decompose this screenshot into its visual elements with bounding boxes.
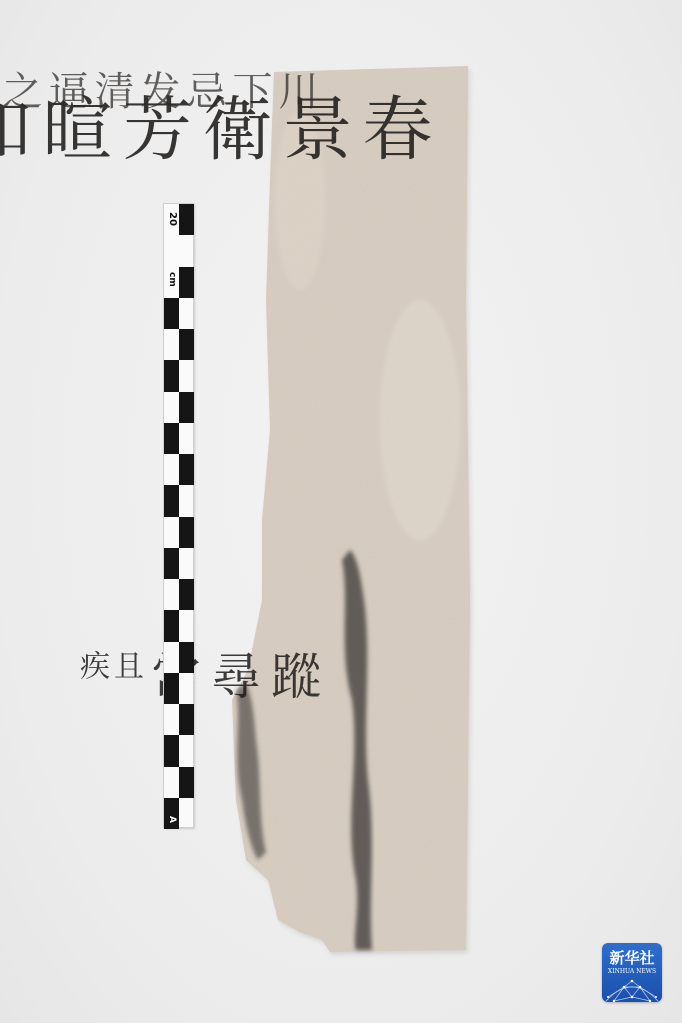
char: 清 (88, 70, 134, 110)
xinhua-logo: 新华社 XINHUA NEWS (602, 943, 662, 1002)
char: 逼 (42, 70, 88, 110)
char: 发 (134, 70, 180, 110)
scale-unit-label: cm (165, 268, 179, 290)
char: 春 (352, 92, 432, 162)
lower-text-column: 蹤 尋 常 且 疾 (262, 650, 322, 700)
scale-number-label: 20 (165, 207, 179, 231)
char: 且 (108, 650, 142, 700)
char: 川 (272, 70, 318, 110)
scale-column-left (164, 204, 179, 827)
manuscript-fragment: 春 景 衛 芳 暄 和 未 盡 不 委 玉 川 下 忌 发 清 逼 之 乚 蹤 … (0, 0, 682, 1023)
photo-scene: 春 景 衛 芳 暄 和 未 盡 不 委 玉 川 下 忌 发 清 逼 之 乚 蹤 … (0, 0, 682, 1023)
char: 下 (226, 70, 272, 110)
scale-bar: 20 cm A (163, 203, 194, 828)
char: 忌 (180, 70, 226, 110)
partial-text-column: 川 下 忌 发 清 逼 之 乚 (268, 70, 318, 110)
char: 尋 (202, 650, 262, 700)
network-globe-icon (602, 977, 662, 1002)
scale-column-right (179, 204, 194, 827)
logo-chinese-text: 新华社 (602, 947, 662, 968)
logo-english-text: XINHUA NEWS (602, 968, 662, 975)
scale-mark-label: A (165, 812, 179, 826)
char: 蹤 (262, 650, 322, 700)
main-text-column: 春 景 衛 芳 暄 和 未 盡 不 委 玉 (352, 92, 432, 162)
char: 之 (0, 70, 42, 110)
char: 疾 (74, 650, 108, 700)
